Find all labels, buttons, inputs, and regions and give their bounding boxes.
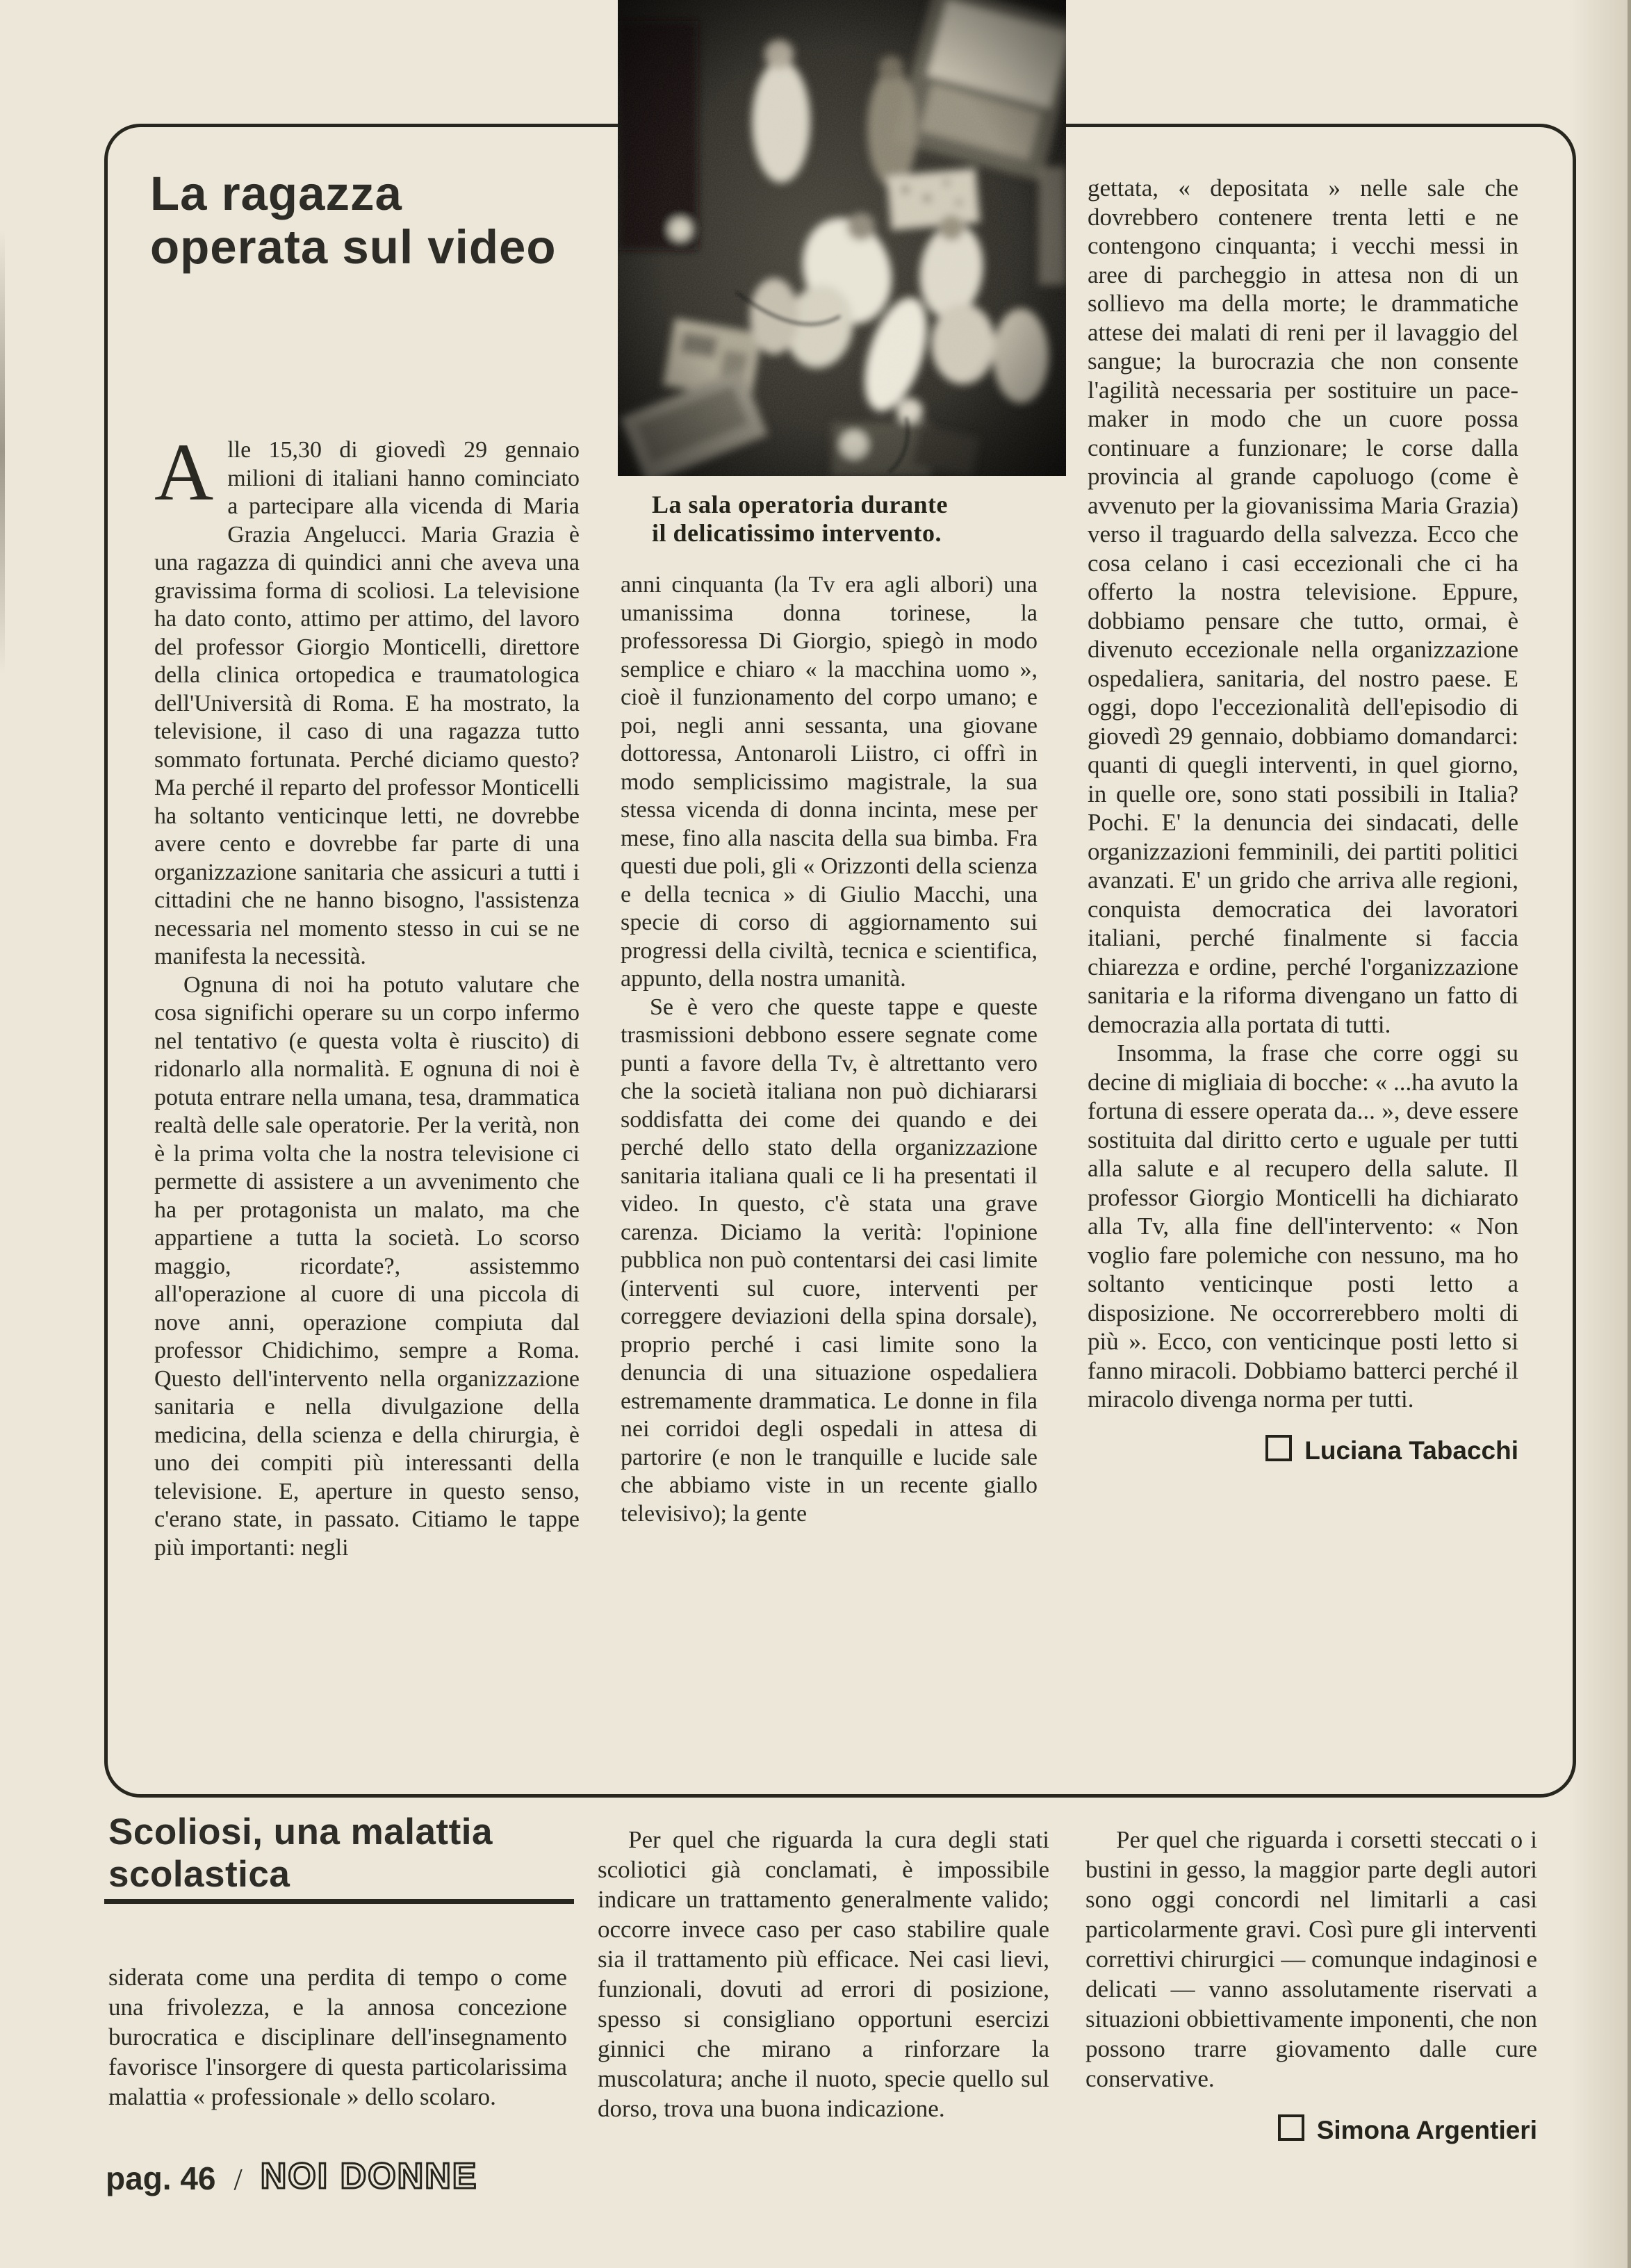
scan-edge-mark [0, 229, 5, 674]
byline-author: Luciana Tabacchi [1304, 1436, 1518, 1465]
second-article-column-2: Per quel che riguarda la cura degli stat… [598, 1825, 1049, 2123]
page-footer: pag. 46 / NOI DONNE [106, 2157, 477, 2199]
main-title-line1: La ragazza [150, 167, 557, 220]
paragraph: gettata, « depositata » nelle sale che d… [1088, 174, 1518, 1039]
paragraph: anni cinquanta (la Tv era agli albori) u… [621, 571, 1038, 994]
second-title-line1: Scoliosi, una malattia [108, 1811, 493, 1853]
page-edge-shadow [1568, 0, 1631, 2268]
main-article-title: La ragazza operata sul video [150, 167, 557, 274]
page-number: pag. 46 [106, 2160, 216, 2197]
byline-square-icon [1265, 1435, 1292, 1461]
operating-room-photo-art [618, 0, 1066, 476]
byline-square-icon [1278, 2114, 1304, 2141]
paragraph: Se è vero che queste tappe e queste tras… [621, 994, 1038, 1529]
main-article-column-3: gettata, « depositata » nelle sale che d… [1088, 174, 1518, 1465]
photo-caption-line1: La sala operatoria durante [652, 491, 1013, 519]
photo-caption-line2: il delicatissimo intervento. [652, 519, 1013, 548]
magazine-page-scan: { "magazine": { "page_label": "pag. 46",… [0, 0, 1631, 2268]
noi-donne-logo: NOI DONNE [261, 2155, 478, 2197]
second-title-line2: scolastica [108, 1853, 493, 1896]
byline-second-article: Simona Argentieri [1085, 2114, 1537, 2145]
drop-cap: A [154, 436, 227, 523]
footer-separator: / [234, 2162, 243, 2197]
byline-author: Simona Argentieri [1317, 2116, 1537, 2144]
paragraph: Insomma, la frase che corre oggi su deci… [1088, 1039, 1518, 1414]
second-article-title: Scoliosi, una malattia scolastica [108, 1811, 493, 1896]
operating-room-photo [618, 0, 1066, 476]
main-title-line2: operata sul video [150, 220, 557, 274]
byline-main-article: Luciana Tabacchi [1088, 1435, 1518, 1465]
paragraph: Per quel che riguarda la cura degli stat… [598, 1825, 1049, 2123]
photo-caption: La sala operatoria durante il delicatiss… [652, 491, 1013, 548]
main-article-column-2: anni cinquanta (la Tv era agli albori) u… [621, 571, 1038, 1528]
main-article-column-1: Alle 15,30 di giovedì 29 gennaio milioni… [154, 436, 580, 1562]
paragraph: Per quel che riguarda i corsetti steccat… [1085, 1825, 1537, 2094]
second-article-column-3: Per quel che riguarda i corsetti steccat… [1085, 1825, 1537, 2145]
scan-edge-line [1628, 0, 1631, 2268]
paragraph: Alle 15,30 di giovedì 29 gennaio milioni… [154, 436, 580, 971]
paragraph: siderata come una perdita di tempo o com… [108, 1962, 567, 2112]
paragraph: Ognuna di noi ha potuto valutare che cos… [154, 971, 580, 1563]
second-article-column-1: siderata come una perdita di tempo o com… [108, 1962, 567, 2112]
headline-rule [104, 1899, 574, 1904]
